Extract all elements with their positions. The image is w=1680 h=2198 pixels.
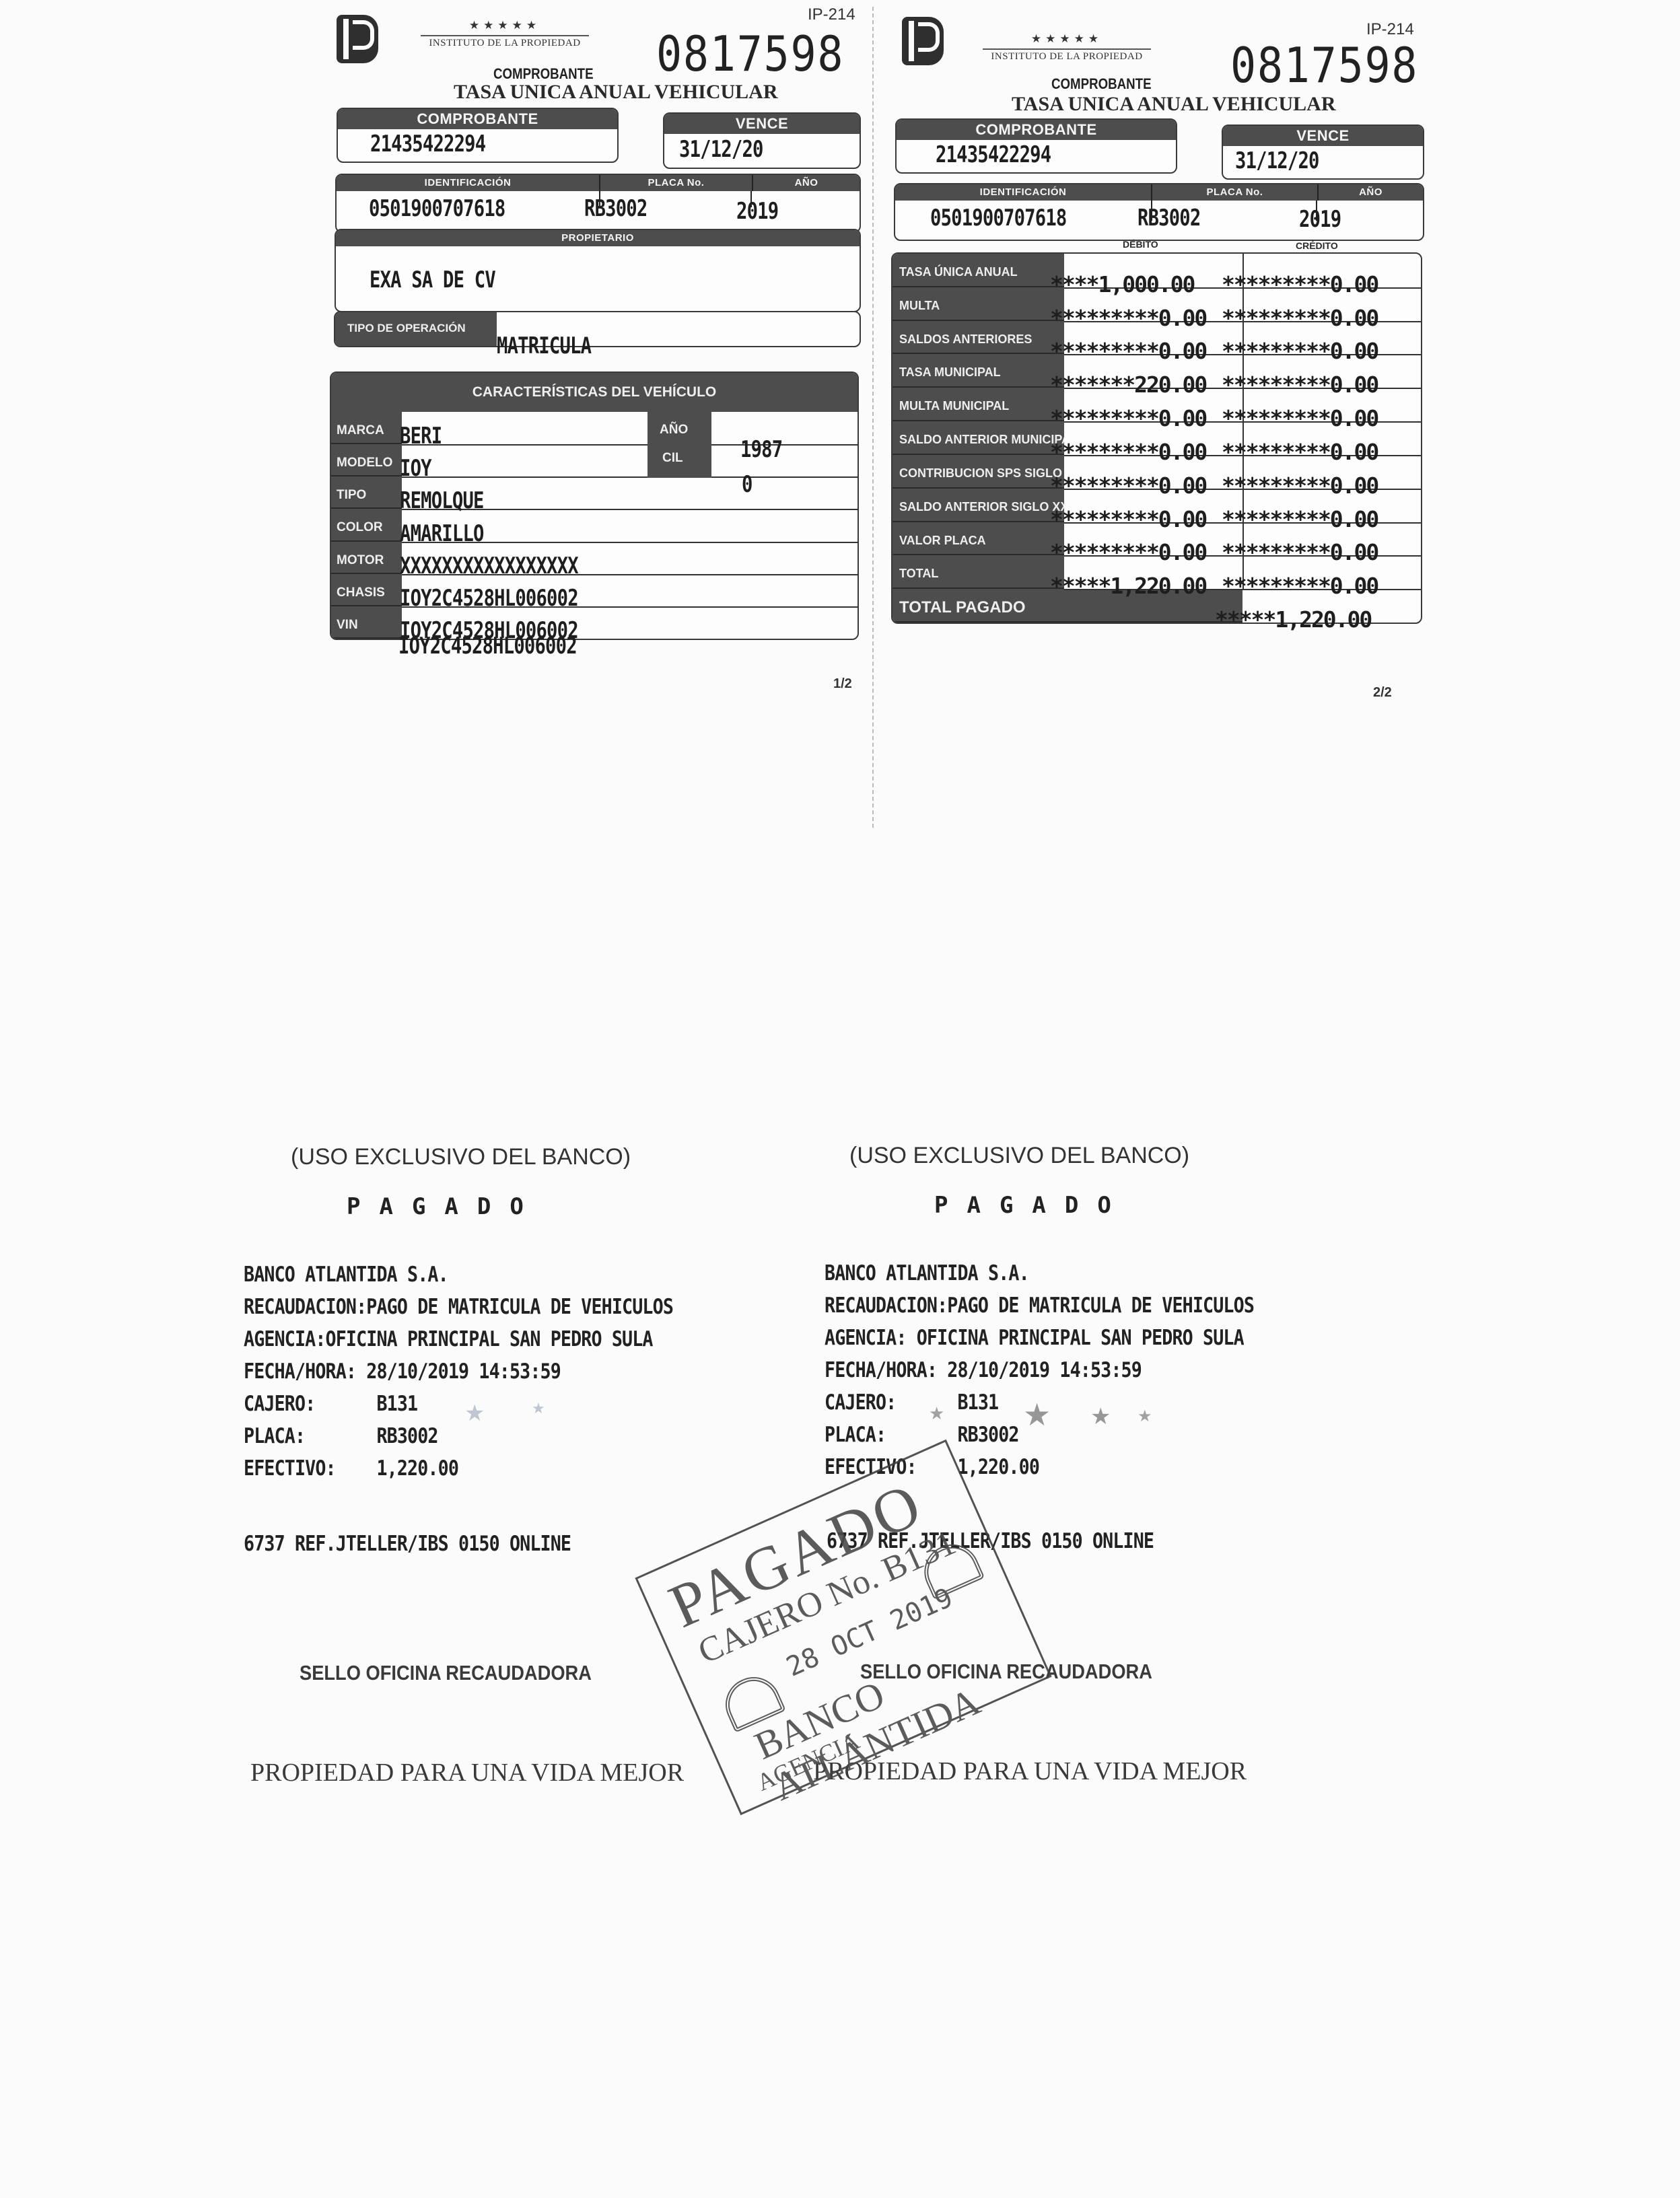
- placa-label: PLACA No.: [599, 175, 752, 191]
- bank-receipt-line: AGENCIA:OFICINA PRINCIPAL SAN PEDRO SULA: [244, 1323, 673, 1355]
- charge-credit-amount: *********0.00: [1222, 371, 1378, 398]
- charge-debit-amount: *********0.00: [1050, 539, 1206, 565]
- bank-use-header: (USO EXCLUSIVO DEL BANCO): [849, 1143, 1189, 1169]
- char-anio-label: AÑO: [647, 412, 711, 437]
- watermark-star-icon: ★: [464, 1400, 485, 1427]
- document-title: TASA UNICA ANUAL VEHICULAR: [1012, 93, 1336, 116]
- anio-cil-label-block: AÑO CIL: [647, 412, 711, 478]
- identificacion-value: 0501900707618: [369, 195, 505, 222]
- charge-label: MULTA MUNICIPAL: [893, 388, 1064, 421]
- identificacion-label: IDENTIFICACIÓN: [895, 184, 1151, 201]
- charge-credit-amount: *********0.00: [1222, 573, 1378, 599]
- bank-receipt-line: FECHA/HORA: 28/10/2019 14:53:59: [244, 1355, 673, 1388]
- charge-label: VALOR PLACA: [893, 522, 1064, 556]
- charge-credit-amount: *********0.00: [1222, 539, 1378, 565]
- characteristics-title: CARACTERÍSTICAS DEL VEHÍCULO: [331, 373, 858, 412]
- vence-label: VENCE: [1223, 126, 1423, 146]
- motto: PROPIEDAD PARA UNA VIDA MEJOR: [250, 1758, 684, 1787]
- bank-receipt-lines: BANCO ATLANTIDA S.A.RECAUDACION:PAGO DE …: [825, 1257, 1324, 1483]
- char-value-modelo: IOY: [400, 455, 431, 482]
- placa-label: PLACA No.: [1151, 184, 1317, 201]
- identificacion-value: 0501900707618: [930, 205, 1066, 232]
- institution-name: INSTITUTO DE LA PROPIEDAD: [421, 35, 589, 49]
- identificacion-label: IDENTIFICACIÓN: [337, 175, 599, 191]
- vin-overflow-value: IOY2C4528HL006002: [398, 633, 577, 660]
- vence-box: VENCE 31/12/20: [663, 112, 861, 169]
- watermark-star-icon: ★: [532, 1400, 545, 1417]
- char-cil-label: CIL: [647, 437, 711, 466]
- char-label-vin: VIN: [331, 606, 402, 639]
- charge-label: TASA ÚNICA ANUAL: [893, 254, 1064, 287]
- charge-debit-amount: *********0.00: [1050, 472, 1206, 499]
- bank-receipt-line: CAJERO: B131: [244, 1388, 673, 1420]
- page-number: 2/2: [1373, 685, 1392, 701]
- anio-value: 2019: [736, 198, 778, 225]
- ip-logo-icon: [337, 15, 378, 63]
- char-value-motor: XXXXXXXXXXXXXXXXX: [400, 553, 578, 579]
- char-label-marca: MARCA: [331, 412, 402, 444]
- charge-debit-amount: *********0.00: [1050, 405, 1206, 431]
- charge-credit-amount: *********0.00: [1222, 472, 1378, 499]
- charge-debit-amount: *******220.00: [1050, 371, 1206, 398]
- charge-debit-amount: *********0.00: [1050, 506, 1206, 532]
- charge-credit-amount: *********0.00: [1222, 439, 1378, 465]
- charge-label: SALDO ANTERIOR MUNICIPAL: [893, 421, 1064, 455]
- page-number: 1/2: [833, 676, 852, 692]
- charge-credit-amount: *********0.00: [1222, 338, 1378, 364]
- comprobante-label: COMPROBANTE: [338, 109, 617, 129]
- vence-box: VENCE 31/12/20: [1222, 125, 1424, 180]
- char-anio-value: 1987: [740, 436, 782, 463]
- comprobante-value: 21435422294: [936, 140, 1051, 170]
- document-title: TASA UNICA ANUAL VEHICULAR: [454, 81, 778, 104]
- char-value-marca: BERI: [400, 423, 442, 450]
- stars-icon: ★★★★★: [424, 19, 586, 32]
- anio-value: 2019: [1299, 206, 1341, 233]
- char-label-modelo: MODELO: [331, 444, 402, 476]
- char-cil-value: 0: [742, 471, 753, 498]
- anio-label: AÑO: [752, 175, 860, 191]
- bank-receipt-line: FECHA/HORA: 28/10/2019 14:53:59: [825, 1354, 1254, 1386]
- propietario-label: PROPIETARIO: [336, 230, 860, 246]
- charge-credit-amount: *********0.00: [1222, 271, 1378, 297]
- bank-receipt-line: RECAUDACION:PAGO DE MATRICULA DE VEHICUL…: [244, 1291, 673, 1323]
- comprobante-box: COMPROBANTE 21435422294: [337, 108, 619, 163]
- comprobante-box: COMPROBANTE 21435422294: [895, 118, 1177, 174]
- seal-label: SELLO OFICINA RECAUDADORA: [300, 1661, 592, 1685]
- serial-number: 0817598: [656, 26, 844, 82]
- charge-label: CONTRIBUCION SPS SIGLO XXI: [893, 455, 1064, 489]
- bank-receipt-line: BANCO ATLANTIDA S.A.: [825, 1257, 1254, 1289]
- bank-reference: 6737 REF.JTELLER/IBS 0150 ONLINE: [244, 1528, 571, 1560]
- form-number: IP-214: [1366, 20, 1414, 39]
- placa-value: RB3002: [1137, 205, 1200, 232]
- identification-box: IDENTIFICACIÓN PLACA No. AÑO 05019007076…: [894, 183, 1424, 241]
- charge-label: SALDO ANTERIOR SIGLO XXI: [893, 489, 1064, 522]
- charge-label: MULTA: [893, 287, 1064, 321]
- charge-label: TOTAL: [893, 555, 1064, 589]
- charge-credit-amount: *********0.00: [1222, 305, 1378, 331]
- vence-value: 31/12/20: [679, 134, 763, 165]
- charge-label: TASA MUNICIPAL: [893, 354, 1064, 388]
- watermark-star-icon: ★: [1137, 1407, 1152, 1426]
- charge-debit-amount: ****1,000.00: [1050, 271, 1194, 297]
- perforation-divider: [872, 7, 874, 828]
- charge-debit-amount: *********0.00: [1050, 439, 1206, 465]
- bank-receipt-line: BANCO ATLANTIDA S.A.: [244, 1258, 673, 1291]
- bank-receipt-lines: BANCO ATLANTIDA S.A.RECAUDACION:PAGO DE …: [244, 1258, 743, 1485]
- char-label-motor: MOTOR: [331, 542, 402, 574]
- bank-receipt-line: PLACA: RB3002: [244, 1420, 673, 1452]
- bank-receipt-line: AGENCIA: OFICINA PRINCIPAL SAN PEDRO SUL…: [825, 1322, 1254, 1354]
- watermark-star-icon: ★: [1090, 1403, 1111, 1430]
- paid-status: PAGADO: [347, 1193, 542, 1220]
- char-value-tipo: REMOLQUE: [400, 487, 484, 514]
- document-label: COMPROBANTE: [1051, 75, 1152, 93]
- charge-credit-amount: *********0.00: [1222, 405, 1378, 431]
- credit-header: CRÉDITO: [1296, 240, 1338, 251]
- bank-use-header: (USO EXCLUSIVO DEL BANCO): [291, 1144, 631, 1170]
- charge-credit-amount: *********0.00: [1222, 506, 1378, 532]
- identification-box: IDENTIFICACIÓN PLACA No. AÑO 05019007076…: [335, 174, 861, 233]
- paid-status: PAGADO: [934, 1192, 1130, 1219]
- charge-label: SALDOS ANTERIORES: [893, 321, 1064, 355]
- anio-label: AÑO: [1317, 184, 1423, 201]
- bank-receipt-line: RECAUDACION:PAGO DE MATRICULA DE VEHICUL…: [825, 1289, 1254, 1322]
- tipo-operacion-label: TIPO DE OPERACIÓN: [335, 312, 497, 346]
- bank-receipt-line: EFECTIVO: 1,220.00: [244, 1452, 673, 1485]
- charge-debit-amount: *********0.00: [1050, 305, 1206, 331]
- stars-icon: ★★★★★: [986, 32, 1148, 46]
- char-label-color: COLOR: [331, 509, 402, 541]
- char-label-chasis: CHASIS: [331, 574, 402, 606]
- comprobante-value: 21435422294: [370, 129, 485, 159]
- form-number: IP-214: [808, 5, 855, 24]
- vence-value: 31/12/20: [1235, 146, 1319, 176]
- ip-logo-icon: [902, 17, 944, 65]
- charge-credit-amount: *****1,220.00: [1215, 606, 1371, 633]
- debit-header: DÉBITO: [1123, 239, 1158, 250]
- vence-label: VENCE: [664, 114, 860, 134]
- placa-value: RB3002: [584, 195, 647, 222]
- char-value-color: AMARILLO: [400, 520, 484, 547]
- owner-box: PROPIETARIO EXA SA DE CV: [335, 229, 861, 312]
- propietario-value: EXA SA DE CV: [370, 267, 495, 293]
- row-divider: [402, 476, 859, 478]
- comprobante-label: COMPROBANTE: [897, 120, 1176, 140]
- watermark-star-icon: ★: [929, 1403, 944, 1424]
- watermark-star-icon: ★: [1023, 1396, 1051, 1433]
- tipo-operacion-value: MATRICULA: [497, 332, 591, 359]
- serial-number: 0817598: [1230, 37, 1418, 94]
- charge-debit-amount: *********0.00: [1050, 338, 1206, 364]
- charge-debit-amount: *****1,220.00: [1050, 573, 1206, 599]
- char-label-tipo: TIPO: [331, 476, 402, 509]
- char-value-chasis: IOY2C4528HL006002: [400, 585, 578, 612]
- institution-name: INSTITUTO DE LA PROPIEDAD: [983, 48, 1151, 63]
